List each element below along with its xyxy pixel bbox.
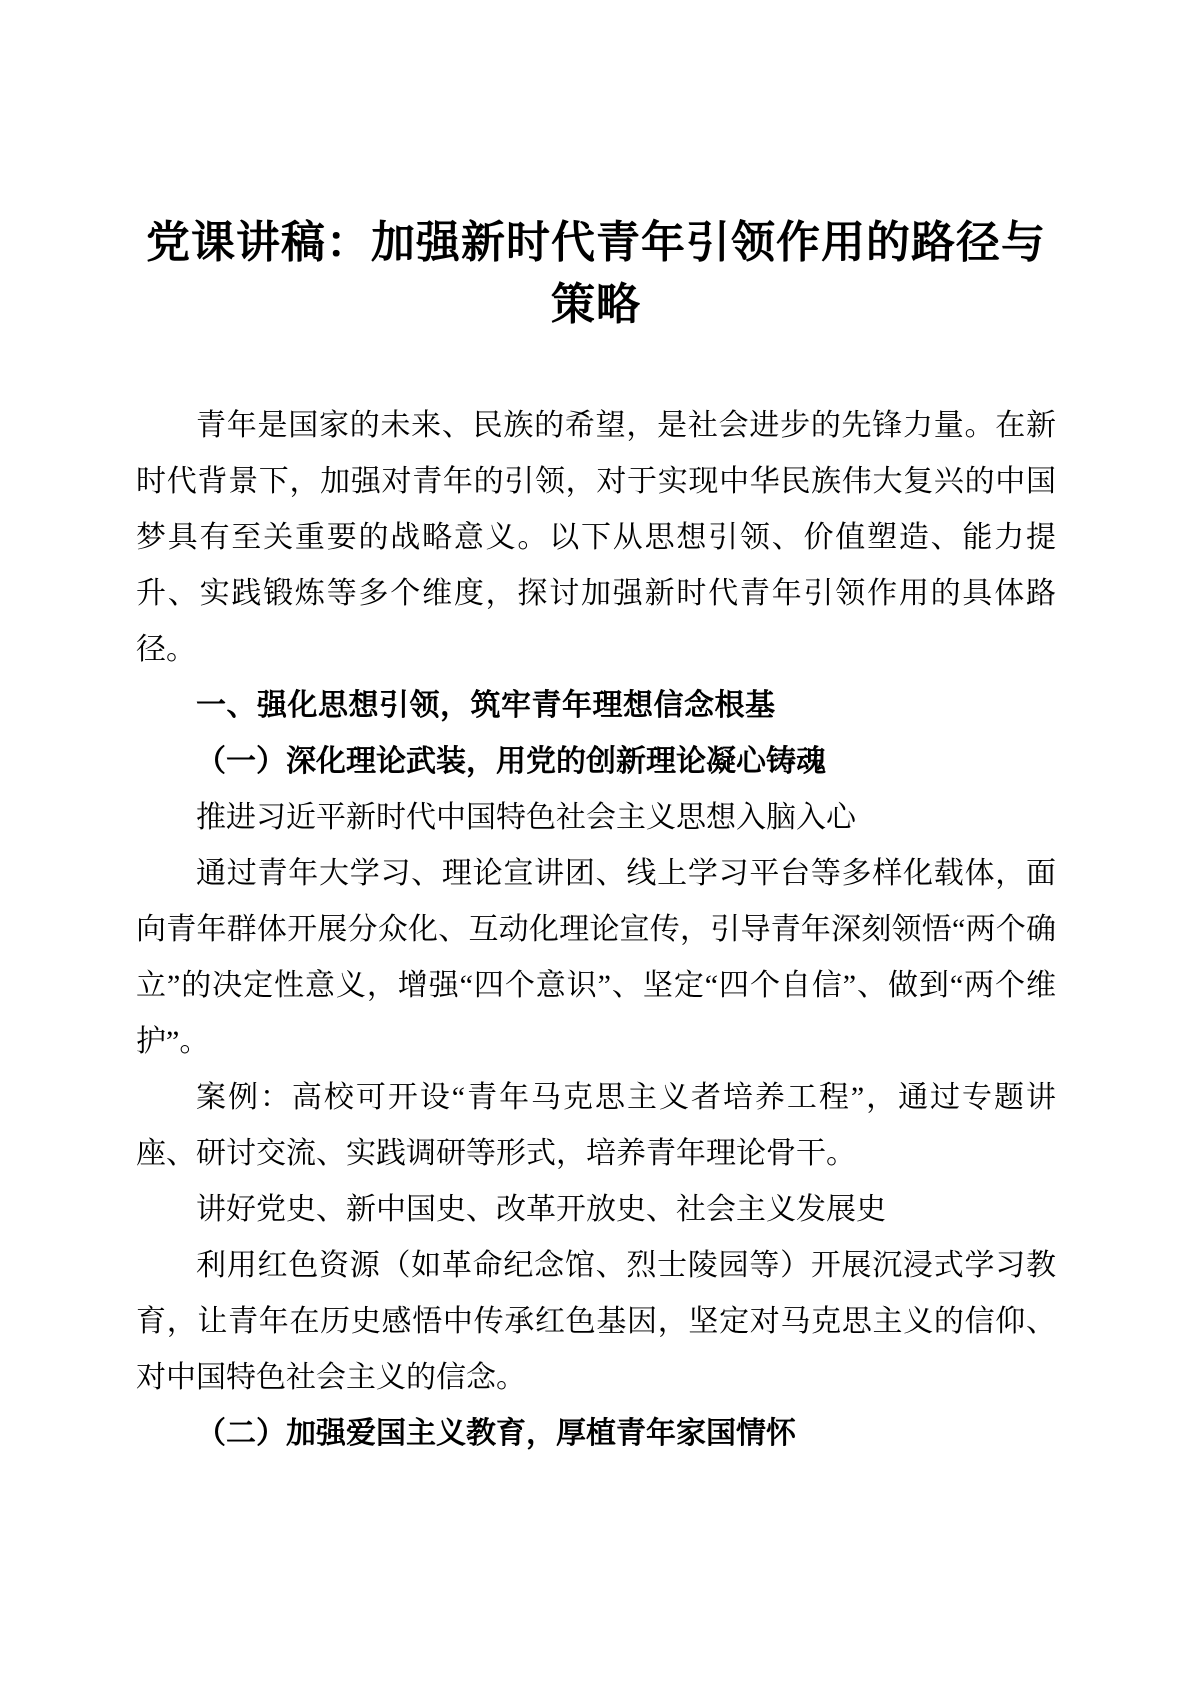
paragraph-theory-detail: 通过青年大学习、理论宣讲团、线上学习平台等多样化载体，面向青年群体开展分众化、互…: [136, 846, 1056, 1070]
paragraph-point-history: 讲好党史、新中国史、改革开放史、社会主义发展史: [136, 1182, 1056, 1238]
paragraph-case-example: 案例：高校可开设“青年马克思主义者培养工程”，通过专题讲座、研讨交流、实践调研等…: [136, 1070, 1056, 1182]
paragraph-intro: 青年是国家的未来、民族的希望，是社会进步的先锋力量。在新时代背景下，加强对青年的…: [136, 398, 1056, 678]
paragraph-history-detail: 利用红色资源（如革命纪念馆、烈士陵园等）开展沉浸式学习教育，让青年在历史感悟中传…: [136, 1238, 1056, 1406]
section-heading-1: 一、强化思想引领，筑牢青年理想信念根基: [136, 678, 1056, 734]
paragraph-point-theory: 推进习近平新时代中国特色社会主义思想入脑入心: [136, 790, 1056, 846]
document-page: 党课讲稿：加强新时代青年引领作用的路径与策略 青年是国家的未来、民族的希望，是社…: [0, 0, 1190, 1683]
subsection-heading-1-2: （二）加强爱国主义教育，厚植青年家国情怀: [136, 1406, 1056, 1462]
subsection-heading-1-1: （一）深化理论武装，用党的创新理论凝心铸魂: [136, 734, 1056, 790]
document-title: 党课讲稿：加强新时代青年引领作用的路径与策略: [136, 212, 1056, 336]
